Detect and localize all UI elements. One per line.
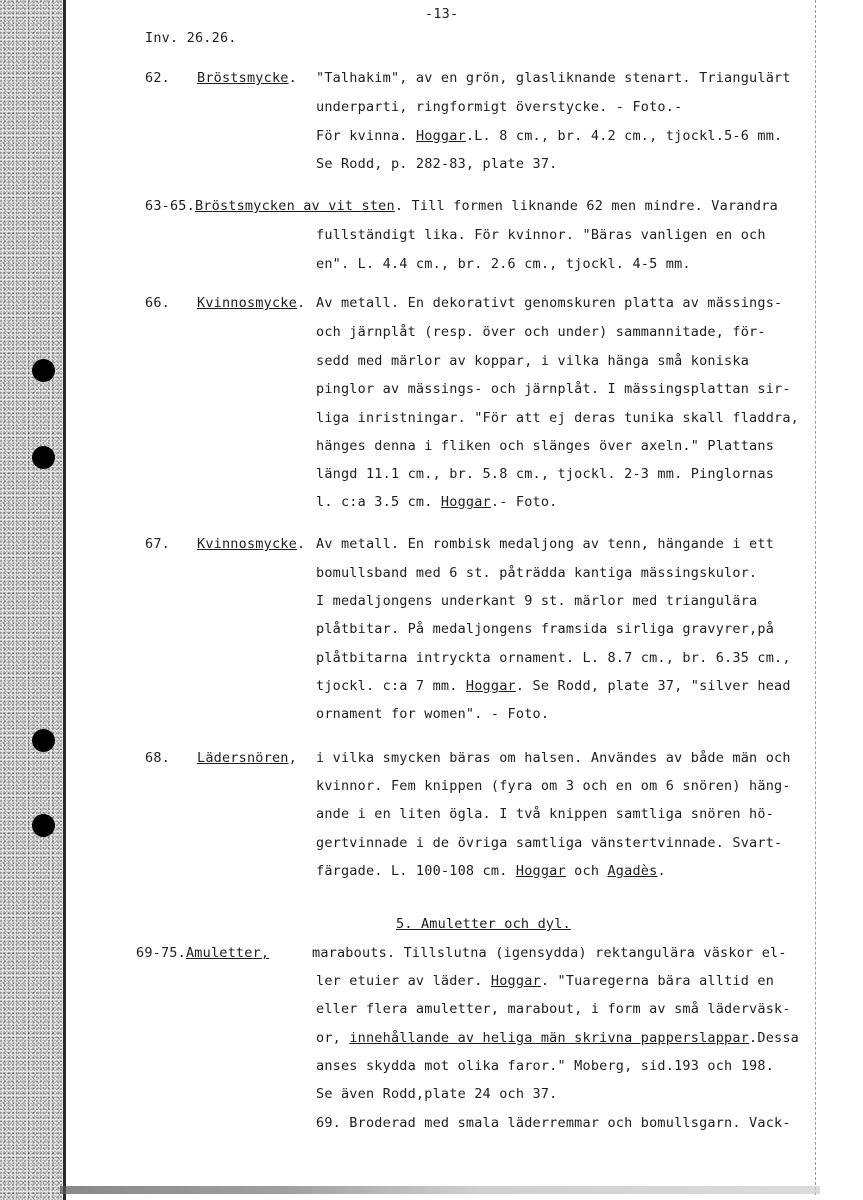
entry-line-text: or, (316, 1030, 349, 1046)
entry-line: hänges denna i fliken och slänges över a… (316, 438, 774, 454)
entry-line-text: .L. 8 cm., br. 4.2 cm., tjockl.5-6 mm. (466, 128, 782, 144)
entry-line: anses skydda mot olika faror." Moberg, s… (316, 1058, 774, 1074)
entry-line: Se Rodd, p. 282-83, plate 37. (316, 156, 558, 172)
entry-line-text: Till formen liknande 62 men mindre. Vara… (403, 198, 778, 214)
entry-line: tjockl. c:a 7 mm. Hoggar. Se Rodd, plate… (316, 678, 791, 694)
entry-heading: 63-65.Bröstsmycken av vit sten. Till for… (145, 198, 778, 214)
entry-number: 69-75. (136, 945, 186, 961)
entry-line: en". L. 4.4 cm., br. 2.6 cm., tjockl. 4-… (316, 256, 691, 272)
place-name: Hoggar (516, 863, 566, 879)
punch-hole (32, 729, 55, 752)
entry-number: 67. (145, 536, 170, 552)
entry-term-suffix: , (289, 750, 297, 766)
entry-line: kvinnor. Fem knippen (fyra om 3 och en o… (316, 778, 791, 794)
entry-term-suffix: . (297, 295, 305, 311)
entry-line: Se även Rodd,plate 24 och 37. (316, 1086, 558, 1102)
entry-term: Kvinnosmycke. (197, 536, 305, 552)
entry-line-text: l. c:a 3.5 cm. (316, 494, 441, 510)
place-name: Agadès (607, 863, 657, 879)
entry-line-text: ler etuier av läder. (316, 973, 491, 989)
entry-line: längd 11.1 cm., br. 5.8 cm., tjockl. 2-3… (316, 466, 774, 482)
place-name: Hoggar (441, 494, 491, 510)
entry-line-text: färgade. L. 100-108 cm. (316, 863, 516, 879)
punch-hole (32, 446, 55, 469)
entry-term-suffix: . (297, 536, 305, 552)
entry-line: ande i en liten ögla. I två knippen samt… (316, 806, 774, 822)
page-number: -13- (425, 6, 458, 22)
entry-line: eller flera amuletter, marabout, i form … (316, 1001, 791, 1017)
entry-term-text: Bröstsmycke (197, 70, 289, 86)
entry-term: Bröstsmycke. (197, 70, 297, 86)
entry-line: 69. Broderad med smala läderremmar och b… (316, 1115, 791, 1131)
entry-line: marabouts. Tillslutna (igensydda) rektan… (312, 945, 787, 961)
entry-line: sedd med märlor av koppar, i vilka hänga… (316, 353, 749, 369)
entry-line-text: För kvinna. (316, 128, 416, 144)
right-margin-rule (815, 0, 816, 1195)
entry-line: plåtbitar. På medaljongens framsida sirl… (316, 621, 774, 637)
entry-term: Lädersnören, (197, 750, 297, 766)
entry-line-text: . Se Rodd, plate 37, "silver head (516, 678, 791, 694)
entry-line-text: .- Foto. (491, 494, 558, 510)
entry-line: Av metall. En dekorativt genomskuren pla… (316, 295, 782, 311)
inventory-number: Inv. 26.26. (145, 30, 237, 46)
punch-hole (32, 359, 55, 382)
entry-line: För kvinna. Hoggar.L. 8 cm., br. 4.2 cm.… (316, 128, 782, 144)
entry-number: 66. (145, 295, 170, 311)
entry-line-text: .Dessa (749, 1030, 799, 1046)
entry-number: 68. (145, 750, 170, 766)
entry-number: 62. (145, 70, 170, 86)
section-heading: 5. Amuletter och dyl. (396, 916, 571, 932)
entry-term-text: Kvinnosmycke (197, 295, 297, 311)
entry-line: or, innehållande av heliga män skrivna p… (316, 1030, 799, 1046)
bottom-scan-strip (60, 1186, 820, 1194)
entry-line: l. c:a 3.5 cm. Hoggar.- Foto. (316, 494, 558, 510)
scan-margin-edge (63, 0, 66, 1200)
entry-line-text: . "Tuaregerna bära alltid en (541, 973, 774, 989)
entry-line: ler etuier av läder. Hoggar. "Tuaregerna… (316, 973, 774, 989)
entry-line: fullständigt lika. För kvinnor. "Bäras v… (316, 227, 766, 243)
entry-line: i vilka smycken bäras om halsen. Använde… (316, 750, 791, 766)
entry-line: "Talhakim", av en grön, glasliknande ste… (316, 70, 791, 86)
entry-heading: 69-75.Amuletter, (136, 945, 269, 961)
punch-hole (32, 814, 55, 837)
entry-line: underparti, ringformigt överstycke. - Fo… (316, 99, 682, 115)
entry-line: gertvinnade i de övriga samtliga vänster… (316, 835, 782, 851)
place-name: Hoggar (491, 973, 541, 989)
entry-term-suffix: , (261, 945, 269, 961)
entry-line: I medaljongens underkant 9 st. märlor me… (316, 593, 757, 609)
entry-line-text: och (566, 863, 608, 879)
entry-term-suffix: . (289, 70, 297, 86)
entry-line: plåtbitarna intryckta ornament. L. 8.7 c… (316, 650, 791, 666)
entry-line: färgade. L. 100-108 cm. Hoggar och Agadè… (316, 863, 666, 879)
entry-line: och järnplåt (resp. över och under) samm… (316, 324, 766, 340)
entry-line-text: . (657, 863, 665, 879)
entry-number: 63-65. (145, 198, 195, 214)
entry-term-text: Kvinnosmycke (197, 536, 297, 552)
entry-line: liga inristningar. "För att ej deras tun… (316, 410, 799, 426)
scan-margin-strip (0, 0, 64, 1200)
entry-line: pinglor av mässings- och järnplåt. I mäs… (316, 381, 791, 397)
entry-term-text: Lädersnören (197, 750, 289, 766)
place-name: Hoggar (466, 678, 516, 694)
entry-line-text: tjockl. c:a 7 mm. (316, 678, 466, 694)
entry-line: Av metall. En rombisk medaljong av tenn,… (316, 536, 774, 552)
entry-term-suffix: . (395, 198, 403, 214)
place-name: Hoggar (416, 128, 466, 144)
entry-term-text: Bröstsmycken av vit sten (195, 198, 395, 214)
entry-term: Kvinnosmycke. (197, 295, 305, 311)
entry-term-text: Amuletter (186, 945, 261, 961)
entry-line: bomullsband med 6 st. påträdda kantiga m… (316, 565, 757, 581)
underlined-quote: innehållande av heliga män skrivna pappe… (349, 1030, 749, 1046)
entry-line: ornament for women". - Foto. (316, 706, 549, 722)
